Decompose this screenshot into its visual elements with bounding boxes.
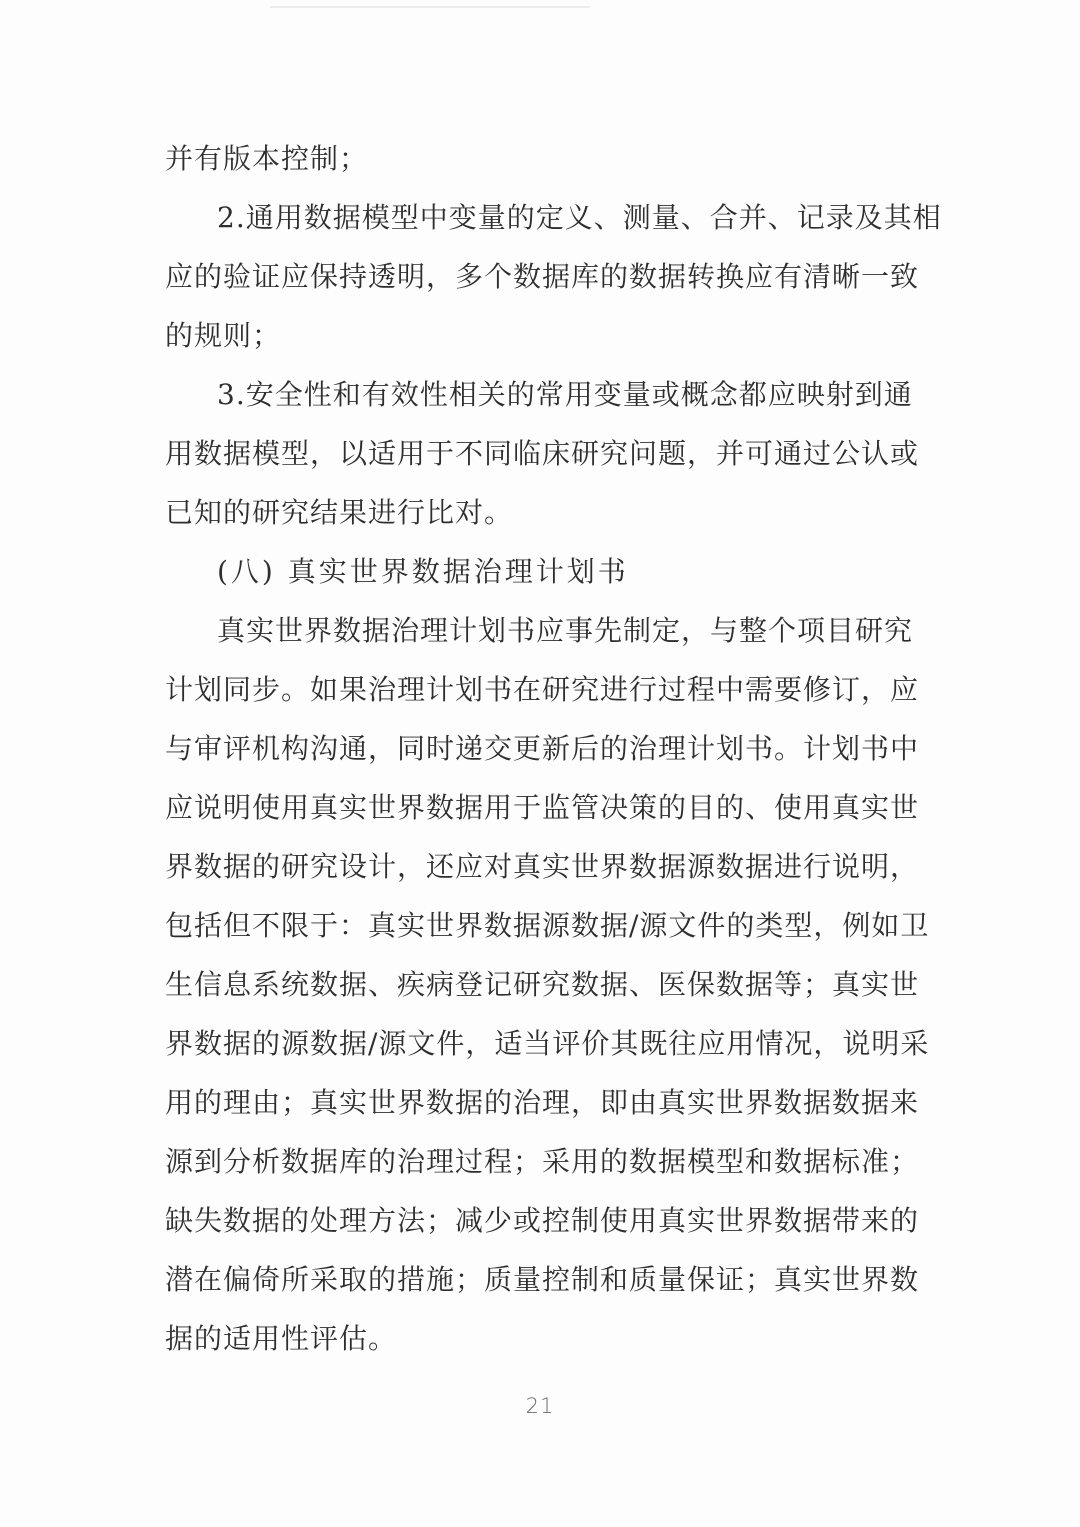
text-line: 2.通用数据模型中变量的定义、测量、合并、记录及其相 (165, 188, 912, 247)
text-line: 应的验证应保持透明，多个数据库的数据转换应有清晰一致 (165, 247, 912, 306)
text-line: 缺失数据的处理方法；减少或控制使用真实世界数据带来的 (165, 1191, 912, 1250)
text-line: 界数据的源数据/源文件，适当评价其既往应用情况，说明采 (165, 1014, 912, 1073)
text-line: 包括但不限于：真实世界数据源数据/源文件的类型，例如卫 (165, 896, 912, 955)
text-line: 与审评机构沟通，同时递交更新后的治理计划书。计划书中 (165, 719, 912, 778)
text-line: 用的理由；真实世界数据的治理，即由真实世界数据数据来 (165, 1073, 912, 1132)
heading-line: (八) 真实世界数据治理计划书 (165, 542, 912, 601)
page-number: 21 (0, 1394, 1080, 1418)
paragraph-item-3: 3.安全性和有效性相关的常用变量或概念都应映射到通用数据模型，以适用于不同临床研… (165, 365, 912, 542)
text-line: 并有版本控制； (165, 129, 912, 188)
paragraph-governance-plan: 真实世界数据治理计划书应事先制定，与整个项目研究计划同步。如果治理计划书在研究进… (165, 601, 912, 1368)
text-line: 应说明使用真实世界数据用于监管决策的目的、使用真实世 (165, 778, 912, 837)
text-line: 3.安全性和有效性相关的常用变量或概念都应映射到通 (165, 365, 912, 424)
text-line: 计划同步。如果治理计划书在研究进行过程中需要修订，应 (165, 660, 912, 719)
document-text-block: 并有版本控制；2.通用数据模型中变量的定义、测量、合并、记录及其相应的验证应保持… (165, 129, 912, 1368)
text-line: 据的适用性评估。 (165, 1309, 912, 1368)
text-line: 生信息系统数据、疾病登记研究数据、医保数据等；真实世 (165, 955, 912, 1014)
text-line: 已知的研究结果进行比对。 (165, 483, 912, 542)
text-line: 的规则； (165, 306, 912, 365)
text-line: 界数据的研究设计，还应对真实世界数据源数据进行说明， (165, 837, 912, 896)
scan-artifact (270, 6, 590, 8)
section-heading-8: (八) 真实世界数据治理计划书 (165, 542, 912, 601)
paragraph-continuation: 并有版本控制； (165, 129, 912, 188)
text-line: 潜在偏倚所采取的措施；质量控制和质量保证；真实世界数 (165, 1250, 912, 1309)
paragraph-item-2: 2.通用数据模型中变量的定义、测量、合并、记录及其相应的验证应保持透明，多个数据… (165, 188, 912, 365)
document-page: 并有版本控制；2.通用数据模型中变量的定义、测量、合并、记录及其相应的验证应保持… (0, 0, 1080, 1527)
text-line: 用数据模型，以适用于不同临床研究问题，并可通过公认或 (165, 424, 912, 483)
text-line: 真实世界数据治理计划书应事先制定，与整个项目研究 (165, 601, 912, 660)
text-line: 源到分析数据库的治理过程；采用的数据模型和数据标准； (165, 1132, 912, 1191)
